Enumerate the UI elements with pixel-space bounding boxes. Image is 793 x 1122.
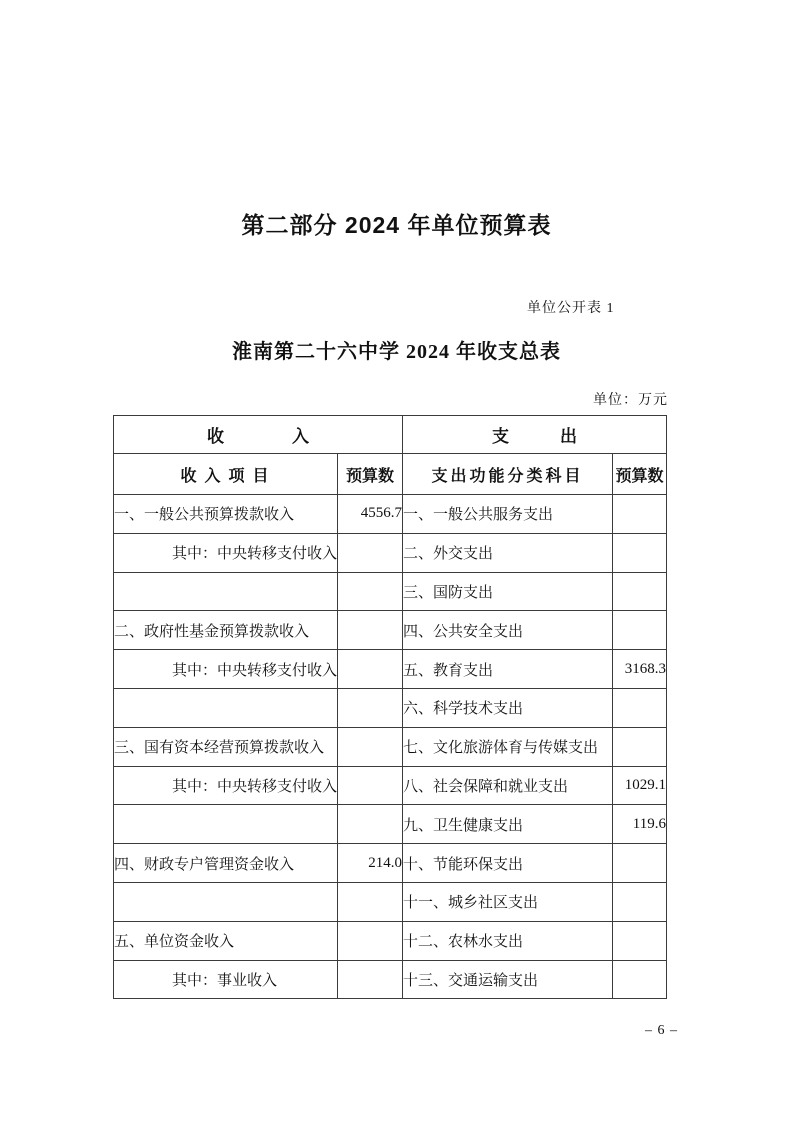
expense-value-cell [613, 727, 667, 766]
expense-item-cell: 七、文化旅游体育与传媒支出 [403, 727, 613, 766]
expense-value-cell: 3168.3 [613, 650, 667, 689]
expense-value-cell [613, 960, 667, 999]
income-item-cell: 其中：中央转移支付收入 [114, 766, 338, 805]
income-value-cell [338, 882, 403, 921]
income-item-cell: 其中：中央转移支付收入 [114, 650, 338, 689]
income-item-cell [114, 688, 338, 727]
expense-item-cell: 十二、农林水支出 [403, 921, 613, 960]
unit-note: 单位：万元 [593, 389, 668, 409]
income-budget-col-header: 预算数 [338, 454, 403, 495]
table-row: 六、科学技术支出 [114, 688, 667, 727]
column-header-row: 收 入 项 目 预算数 支出功能分类科目 预算数 [114, 454, 667, 495]
income-item-col-header: 收 入 项 目 [114, 454, 338, 495]
expense-item-cell: 四、公共安全支出 [403, 611, 613, 650]
income-value-cell [338, 960, 403, 999]
table-row: 三、国防支出 [114, 572, 667, 611]
table-row: 九、卫生健康支出 119.6 [114, 805, 667, 844]
table-label: 单位公开表 1 [527, 297, 615, 317]
expense-item-cell: 三、国防支出 [403, 572, 613, 611]
income-item-cell: 四、财政专户管理资金收入 [114, 844, 338, 883]
expense-item-cell: 一、一般公共服务支出 [403, 495, 613, 534]
income-value-cell: 214.0 [338, 844, 403, 883]
table-row: 二、政府性基金预算拨款收入 四、公共安全支出 [114, 611, 667, 650]
income-item-cell [114, 805, 338, 844]
income-item-cell: 二、政府性基金预算拨款收入 [114, 611, 338, 650]
expense-item-cell: 五、教育支出 [403, 650, 613, 689]
expense-item-col-header: 支出功能分类科目 [403, 454, 613, 495]
income-item-cell [114, 572, 338, 611]
table-row: 三、国有资本经营预算拨款收入 七、文化旅游体育与传媒支出 [114, 727, 667, 766]
table-row: 其中：中央转移支付收入 二、外交支出 [114, 533, 667, 572]
income-item-cell: 五、单位资金收入 [114, 921, 338, 960]
expense-item-cell: 九、卫生健康支出 [403, 805, 613, 844]
table-row: 四、财政专户管理资金收入 214.0 十、节能环保支出 [114, 844, 667, 883]
income-item-cell: 其中：中央转移支付收入 [114, 533, 338, 572]
income-value-cell [338, 727, 403, 766]
page-number: – 6 – [645, 1023, 678, 1039]
income-value-cell [338, 805, 403, 844]
expense-value-cell [613, 688, 667, 727]
expense-value-cell [613, 495, 667, 534]
part-title: 第二部分 2024 年单位预算表 [0, 207, 793, 240]
income-value-cell [338, 921, 403, 960]
expense-item-cell: 六、科学技术支出 [403, 688, 613, 727]
expense-budget-col-header: 预算数 [613, 454, 667, 495]
expense-value-cell [613, 882, 667, 921]
income-item-cell: 其中：事业收入 [114, 960, 338, 999]
income-value-cell: 4556.7 [338, 495, 403, 534]
expense-value-cell [613, 921, 667, 960]
expense-value-cell [613, 572, 667, 611]
income-value-cell [338, 688, 403, 727]
income-value-cell [338, 533, 403, 572]
table-row: 其中：中央转移支付收入 五、教育支出 3168.3 [114, 650, 667, 689]
expense-value-cell: 1029.1 [613, 766, 667, 805]
income-item-cell [114, 882, 338, 921]
expense-item-cell: 十三、交通运输支出 [403, 960, 613, 999]
section-header-row: 收 入 支 出 [114, 416, 667, 454]
budget-table: 收 入 支 出 收 入 项 目 预算数 支出功能分类科目 预算数 一、一般公共预… [113, 415, 667, 999]
table-title: 淮南第二十六中学 2024 年收支总表 [0, 335, 793, 364]
income-item-cell: 三、国有资本经营预算拨款收入 [114, 727, 338, 766]
income-section-header: 收 入 [114, 416, 403, 454]
income-value-cell [338, 572, 403, 611]
income-value-cell [338, 766, 403, 805]
expense-item-cell: 十一、城乡社区支出 [403, 882, 613, 921]
expense-value-cell: 119.6 [613, 805, 667, 844]
table-row: 五、单位资金收入 十二、农林水支出 [114, 921, 667, 960]
income-item-cell: 一、一般公共预算拨款收入 [114, 495, 338, 534]
expense-value-cell [613, 533, 667, 572]
table-row: 其中：中央转移支付收入 八、社会保障和就业支出 1029.1 [114, 766, 667, 805]
document-page: 第二部分 2024 年单位预算表 单位公开表 1 淮南第二十六中学 2024 年… [0, 0, 793, 1122]
expense-item-cell: 二、外交支出 [403, 533, 613, 572]
expense-item-cell: 八、社会保障和就业支出 [403, 766, 613, 805]
table-row: 一、一般公共预算拨款收入 4556.7 一、一般公共服务支出 [114, 495, 667, 534]
expense-value-cell [613, 611, 667, 650]
table-row: 其中：事业收入 十三、交通运输支出 [114, 960, 667, 999]
income-value-cell [338, 650, 403, 689]
income-value-cell [338, 611, 403, 650]
expense-section-header: 支 出 [403, 416, 667, 454]
expense-item-cell: 十、节能环保支出 [403, 844, 613, 883]
expense-value-cell [613, 844, 667, 883]
table-row: 十一、城乡社区支出 [114, 882, 667, 921]
